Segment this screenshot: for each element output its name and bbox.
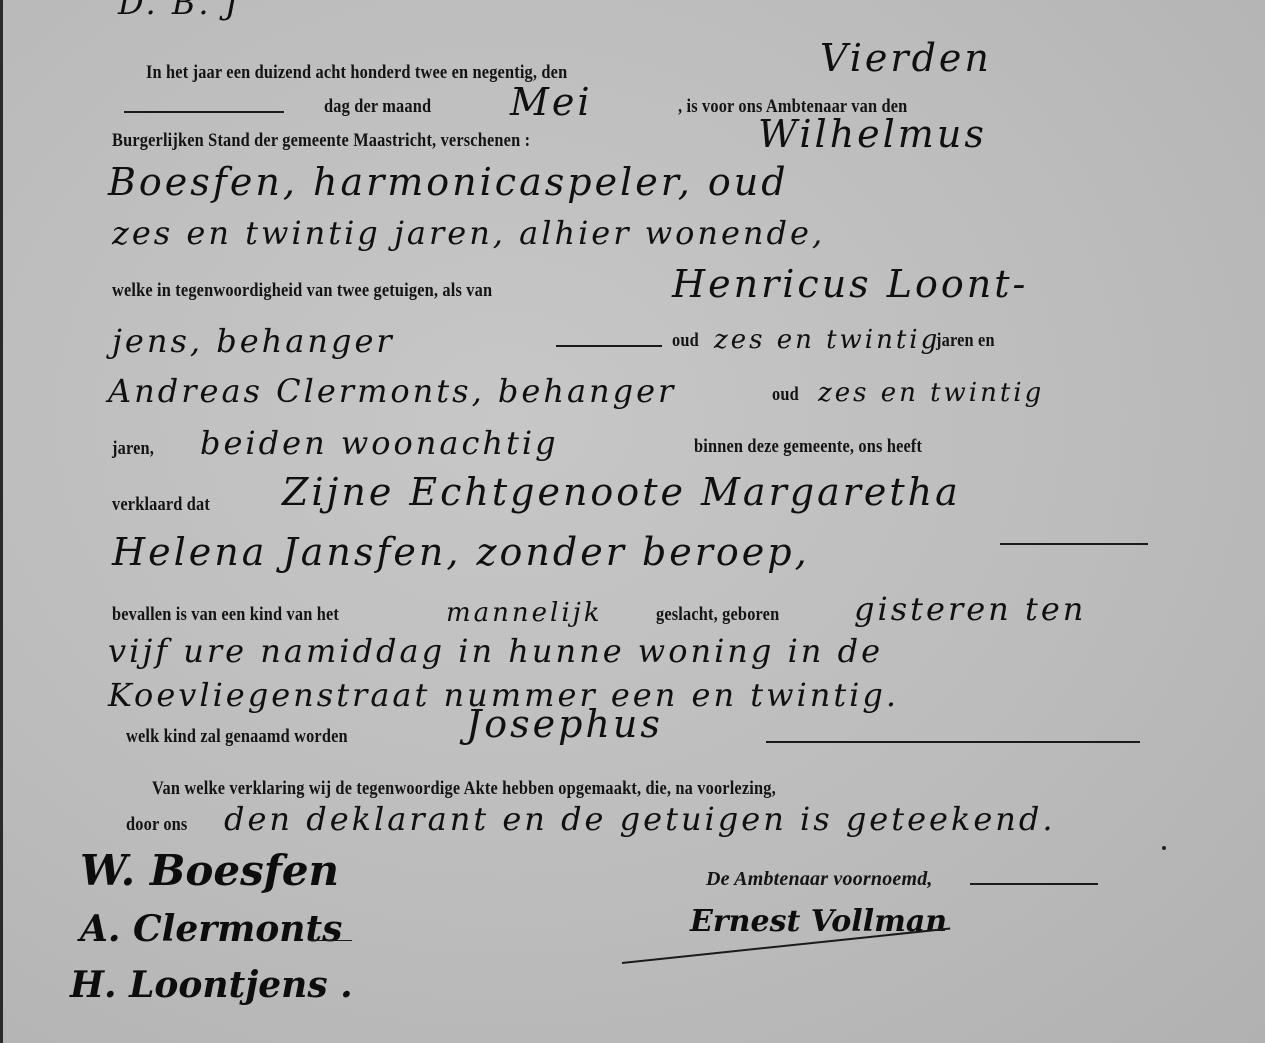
birth-record-page: D. B. J In het jaar een duizend acht hon… [0,0,1265,1043]
printed-line-1: In het jaar een duizend acht honderd twe… [146,62,567,84]
signature-witness-1: H. Loontjens . [70,964,353,1006]
printed-line-16: Van welke verklaring wij de tegenwoordig… [152,778,776,800]
printed-line-6: welke in tegenwoordigheid van twee getui… [112,280,492,302]
blank-rule [766,741,1140,743]
printed-verklaard-dat: verklaard dat [112,494,210,516]
handwritten-child-name: Josephus [466,702,663,746]
handwritten-mother-name-occupation: Helena Jansfen, zonder beroep, [112,530,810,574]
signature-witness-2: A. Clermonts [80,908,342,950]
printed-jaren: jaren, [112,438,154,460]
scan-edge [0,0,3,1043]
handwritten-witness-2-age: zes en twintig [818,378,1044,408]
handwritten-witness-1-name: Henricus Loont- [672,262,1028,306]
handwritten-witness-2-name-occupation: Andreas Clermonts, behanger [108,372,676,410]
printed-child-name-label: welk kind zal genaamd worden [126,726,348,748]
printed-jaren-en: jaren en [936,330,995,352]
handwritten-father-surname-occupation: Boesfen, harmonicaspeler, oud [108,160,789,204]
header-mark: D. B. J [118,0,241,22]
handwritten-witness-1-occupation: jens, behanger [112,322,395,360]
printed-oud-1: oud [672,330,699,352]
printed-oud-2: oud [772,384,799,406]
ink-dot [1162,846,1166,850]
handwritten-signing-clause: den deklarant en de getuigen is geteeken… [224,800,1056,838]
handwritten-father-first-name: Wilhelmus [758,112,987,156]
handwritten-mother-intro: Zijne Echtgenoote Margaretha [282,470,961,514]
blank-rule [124,111,284,113]
printed-door-ons: door ons [126,814,187,836]
blank-rule [556,345,662,347]
printed-line-2a: dag der maand [324,96,431,118]
handwritten-witnesses-residence: beiden woonachtig [200,424,559,462]
blank-rule [1000,543,1148,545]
printed-line-9b: binnen deze gemeente, ons heeft [694,436,922,458]
handwritten-father-age-residence: zes en twintig jaren, alhier wonende, [112,214,825,252]
signature-rule [970,883,1098,885]
handwritten-month: Mei [510,80,593,124]
handwritten-witness-1-age: zes en twintig [714,325,940,355]
signature-flourish [310,940,352,941]
handwritten-birth-day: gisteren ten [854,590,1086,628]
signature-declarant: W. Boesfen [80,846,339,895]
handwritten-gender: mannelijk [446,598,602,628]
handwritten-birth-time-place: vijf ure namiddag in hunne woning in de [108,632,883,670]
handwritten-day: Vierden [820,36,992,80]
printed-line-3: Burgerlijken Stand der gemeente Maastric… [112,130,530,152]
official-title: De Ambtenaar voornoemd, [706,868,933,891]
printed-line-12b: geslacht, geboren [656,604,779,626]
printed-line-12a: bevallen is van een kind van het [112,604,339,626]
